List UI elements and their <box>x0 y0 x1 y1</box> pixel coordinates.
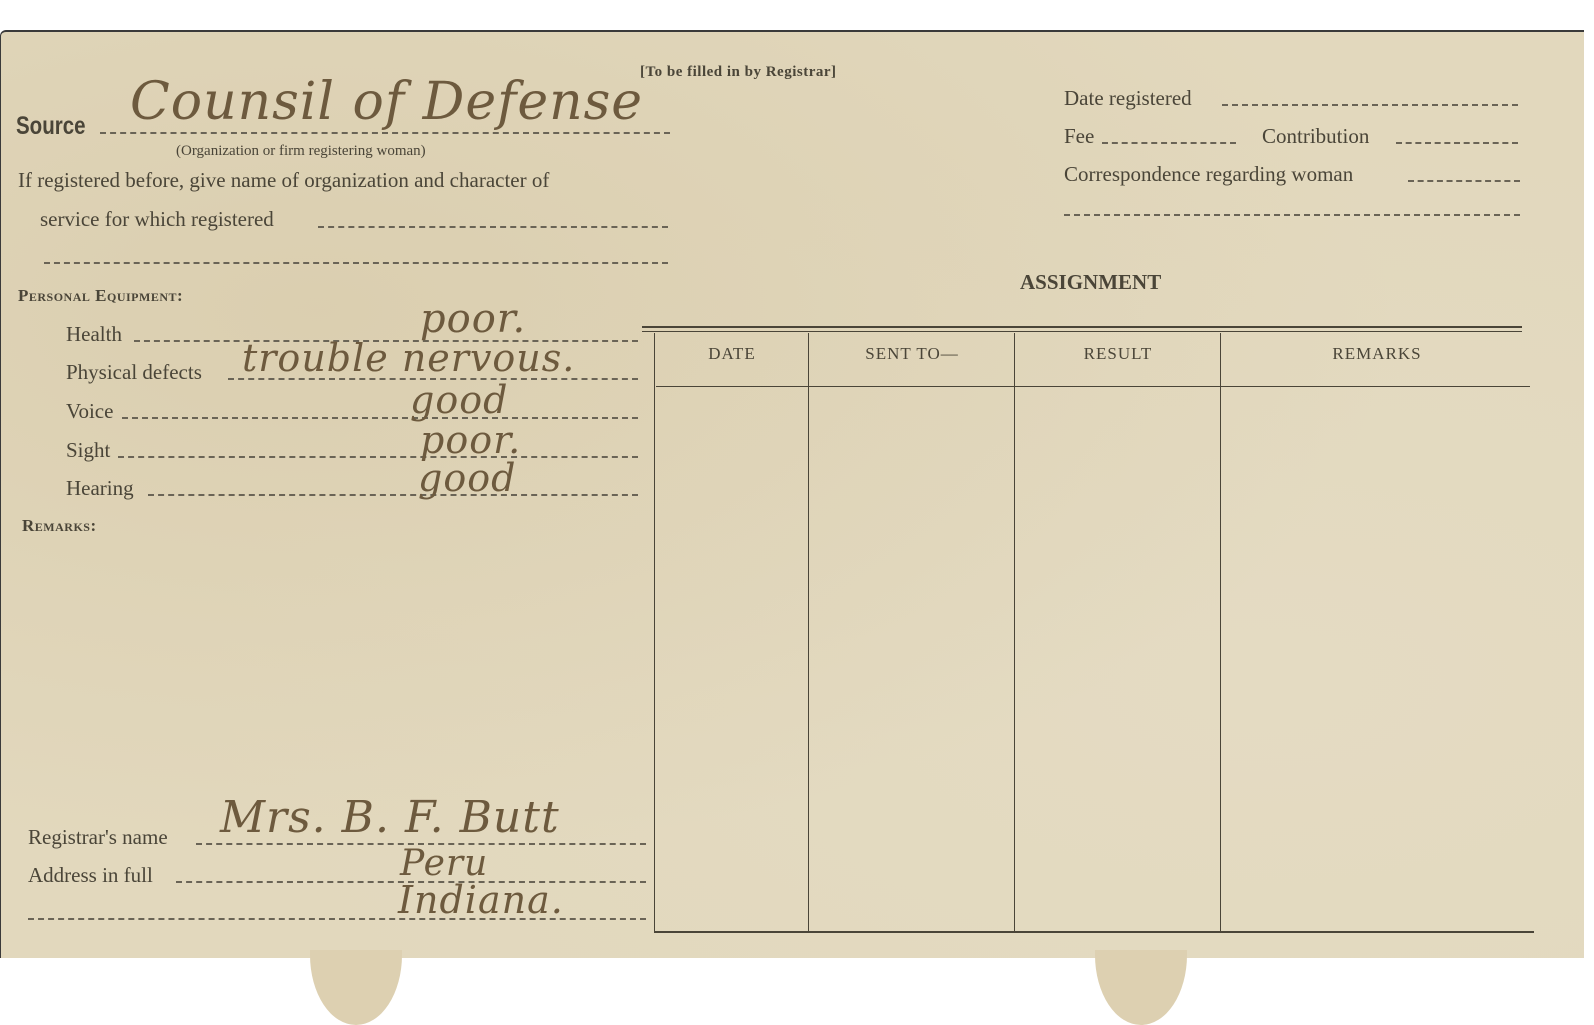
contribution-field[interactable] <box>1396 142 1518 144</box>
remarks-area[interactable] <box>22 545 622 805</box>
date-column-cell[interactable] <box>656 390 806 928</box>
source-value[interactable]: Counsil of Defense <box>130 72 643 132</box>
physical-defects-value[interactable]: trouble nervous. <box>242 336 575 380</box>
registrar-name-label: Registrar's name <box>28 825 168 850</box>
source-label: Source <box>16 112 86 141</box>
hearing-label: Hearing <box>66 476 134 501</box>
date-registered-label: Date registered <box>1064 86 1192 111</box>
contribution-label: Contribution <box>1262 124 1369 149</box>
source-caption: (Organization or firm registering woman) <box>176 143 426 160</box>
table-top-rule <box>642 326 1522 328</box>
previous-registration-prompt-line2: service for which registered <box>40 207 274 232</box>
assignment-title: ASSIGNMENT <box>1020 270 1161 295</box>
registrar-name-value[interactable]: Mrs. B. F. Butt <box>220 792 560 843</box>
address-value-line2[interactable]: Indiana. <box>398 878 564 922</box>
hearing-line <box>148 494 638 496</box>
column-header-date: DATE <box>656 344 808 364</box>
correspondence-field-line2[interactable] <box>1064 214 1520 216</box>
personal-equipment-heading: Personal Equipment: <box>18 286 183 306</box>
sight-line <box>118 456 638 458</box>
col-divider-3 <box>1220 333 1221 933</box>
column-header-result: RESULT <box>1016 344 1220 364</box>
registrar-note: [To be filled in by Registrar] <box>640 64 837 81</box>
physical-defects-label: Physical defects <box>66 360 202 385</box>
date-registered-field[interactable] <box>1222 104 1518 106</box>
source-line <box>100 132 670 134</box>
sight-label: Sight <box>66 438 110 463</box>
fee-label: Fee <box>1064 124 1094 149</box>
column-header-remarks: REMARKS <box>1222 344 1532 364</box>
previous-registration-prompt: If registered before, give name of organ… <box>18 168 549 193</box>
correspondence-field[interactable] <box>1408 180 1520 182</box>
fee-field[interactable] <box>1102 142 1236 144</box>
table-left-border <box>654 333 655 933</box>
voice-value[interactable]: good <box>410 378 508 422</box>
remarks-heading: Remarks: <box>22 516 97 536</box>
hearing-value[interactable]: good <box>418 456 516 500</box>
col-divider-2 <box>1014 333 1015 933</box>
voice-label: Voice <box>66 399 113 424</box>
address-label: Address in full <box>28 863 153 888</box>
correspondence-label: Correspondence regarding woman <box>1064 162 1353 187</box>
column-header-sent-to: SENT TO— <box>810 344 1014 364</box>
card-tab-left <box>310 950 402 1025</box>
result-column-cell[interactable] <box>1016 390 1218 928</box>
sent-to-column-cell[interactable] <box>810 390 1012 928</box>
health-label: Health <box>66 322 122 347</box>
card-tab-right <box>1095 950 1187 1025</box>
remarks-column-cell[interactable] <box>1222 390 1530 928</box>
table-bottom-rule <box>654 931 1534 933</box>
header-underline <box>656 386 1530 387</box>
table-top-rule-inner <box>642 331 1522 332</box>
col-divider-1 <box>808 333 809 933</box>
previous-registration-line2[interactable] <box>44 262 668 264</box>
previous-registration-line1[interactable] <box>318 226 668 228</box>
voice-line <box>122 417 638 419</box>
